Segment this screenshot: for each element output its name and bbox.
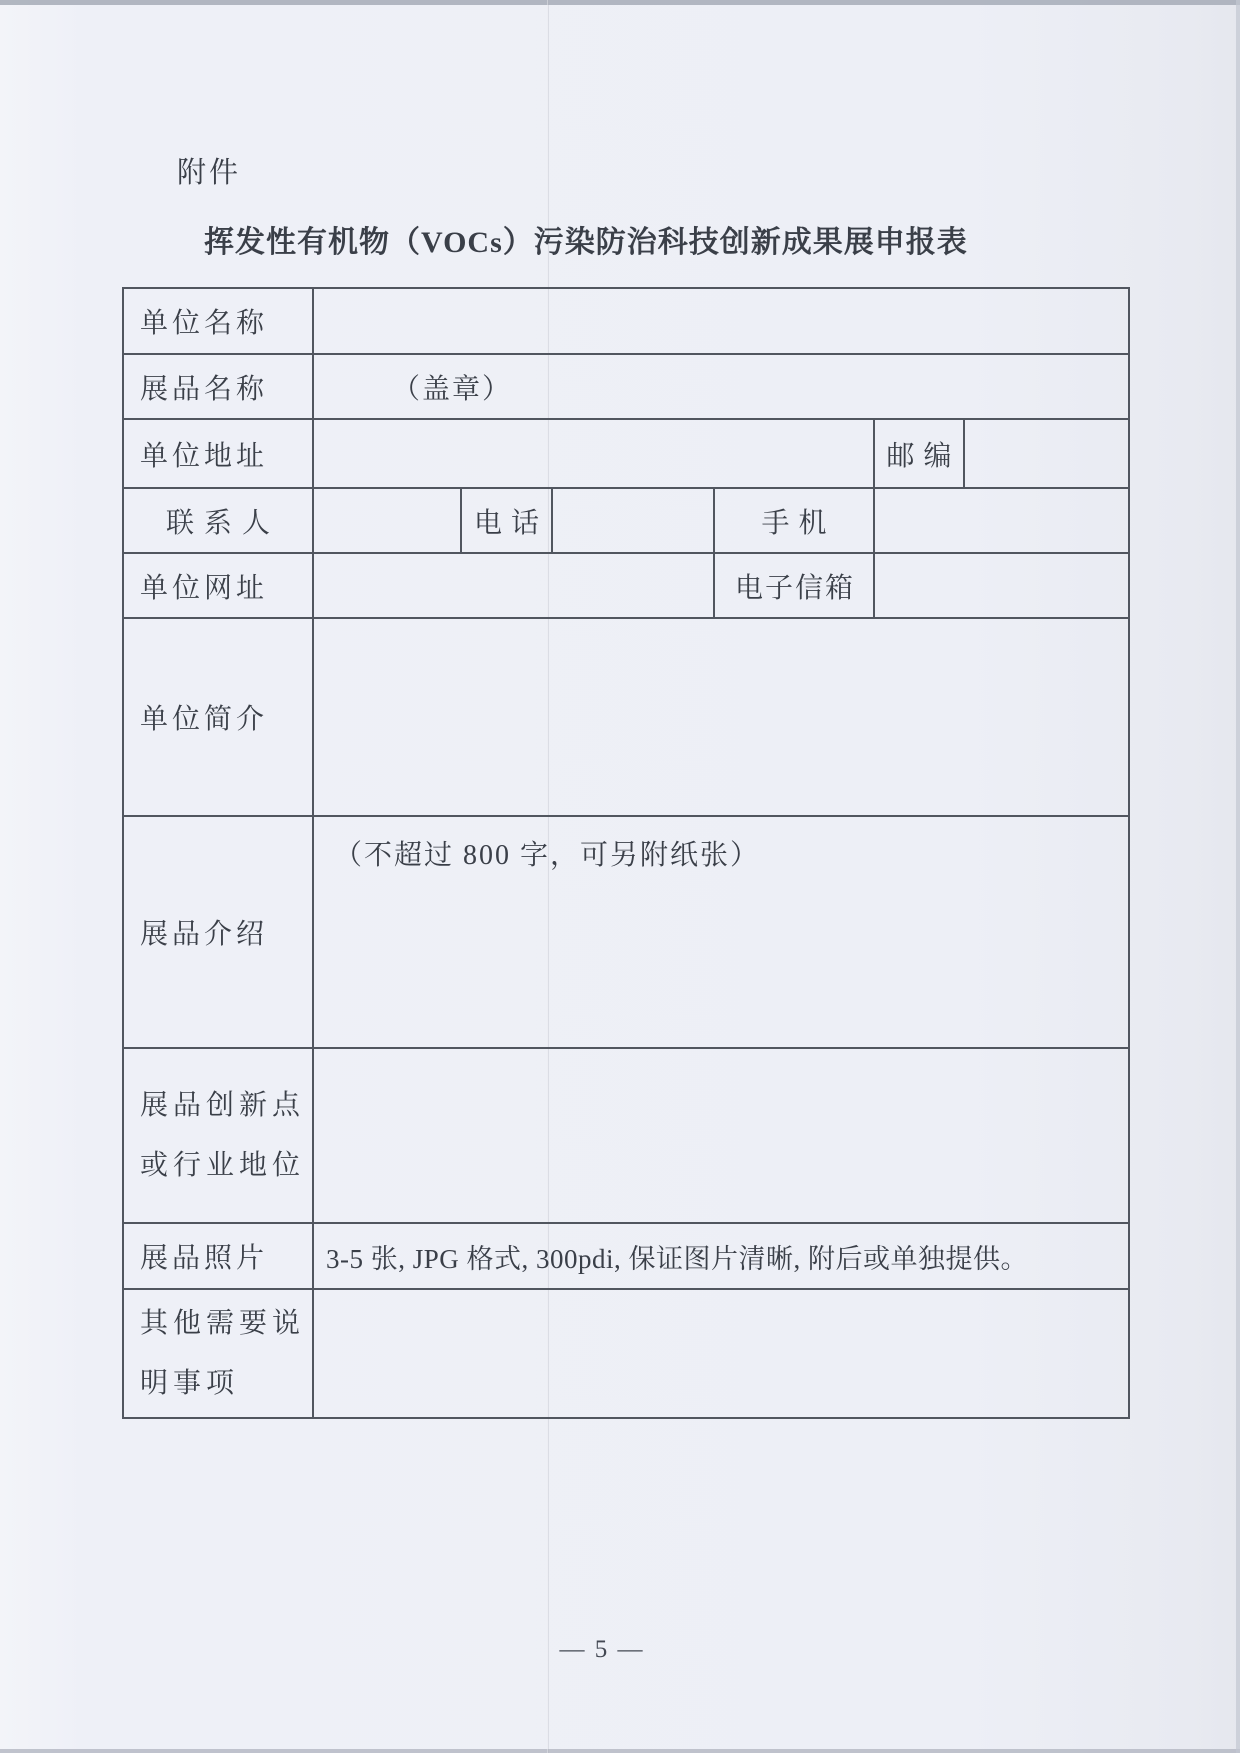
unit-profile-label: 单位简介 (123, 618, 313, 816)
phone-value-cell (552, 488, 714, 553)
unit-name-label: 单位名称 (123, 288, 313, 354)
contact-label: 联系人 (123, 488, 313, 553)
scan-edge-top (0, 0, 1240, 5)
row-website: 单位网址 电子信箱 (123, 553, 1129, 618)
document-title: 挥发性有机物（VOCs）污染防治科技创新成果展申报表 (204, 217, 968, 261)
row-unit-name: 单位名称 (123, 288, 1129, 354)
other-notes-label: 其他需要说 明事项 (123, 1289, 313, 1418)
exhibit-intro-value-cell: （不超过 800 字，可另附纸张） (313, 816, 1129, 1048)
scanned-document-page: 附件 挥发性有机物（VOCs）污染防治科技创新成果展申报表 单位名称 展品名称 … (0, 0, 1240, 1753)
contact-value-cell (313, 488, 461, 553)
exhibit-intro-label: 展品介绍 (123, 816, 313, 1048)
unit-address-label: 单位地址 (123, 419, 313, 488)
innovation-label-line2: 或行业地位 (140, 1136, 312, 1196)
email-label: 电子信箱 (714, 553, 874, 618)
scan-edge-bottom (0, 1749, 1240, 1753)
page-number: — 5 — (0, 1636, 1222, 1664)
row-contact: 联系人 电话 手机 (123, 488, 1129, 553)
exhibit-intro-hint: （不超过 800 字，可另附纸张） (314, 817, 1128, 873)
exhibit-name-value-cell: （盖章） (313, 354, 1129, 419)
other-notes-label-line2: 明事项 (140, 1354, 312, 1414)
postal-code-value-cell (964, 419, 1129, 488)
photos-requirement: 3-5 张, JPG 格式, 300pdi, 保证图片清晰, 附后或单独提供。 (313, 1223, 1129, 1289)
row-exhibit-name: 展品名称 （盖章） (123, 354, 1129, 419)
row-unit-address: 单位地址 邮编 (123, 419, 1129, 488)
row-photos: 展品照片 3-5 张, JPG 格式, 300pdi, 保证图片清晰, 附后或单… (123, 1223, 1129, 1289)
unit-name-value-cell (313, 288, 1129, 354)
website-value-cell (313, 553, 714, 618)
unit-address-value-cell (313, 419, 874, 488)
attachment-label: 附件 (177, 150, 241, 191)
phone-label: 电话 (461, 488, 552, 553)
mobile-label: 手机 (714, 488, 874, 553)
photos-label: 展品照片 (123, 1223, 313, 1289)
scan-edge-right (1236, 0, 1240, 1753)
row-innovation: 展品创新点 或行业地位 (123, 1048, 1129, 1223)
innovation-label: 展品创新点 或行业地位 (123, 1048, 313, 1223)
row-other-notes: 其他需要说 明事项 (123, 1289, 1129, 1418)
mobile-value-cell (874, 488, 1129, 553)
innovation-label-line1: 展品创新点 (140, 1076, 312, 1136)
email-value-cell (874, 553, 1129, 618)
unit-profile-value-cell (313, 618, 1129, 816)
exhibit-name-label: 展品名称 (123, 354, 313, 419)
postal-code-label: 邮编 (874, 419, 964, 488)
innovation-value-cell (313, 1048, 1129, 1223)
other-notes-label-line1: 其他需要说 (140, 1294, 312, 1354)
website-label: 单位网址 (123, 553, 313, 618)
row-unit-profile: 单位简介 (123, 618, 1129, 816)
application-form-table: 单位名称 展品名称 （盖章） 单位地址 邮编 联系人 电话 手机 单位网址 (122, 287, 1130, 1419)
row-exhibit-intro: 展品介绍 （不超过 800 字，可另附纸张） (123, 816, 1129, 1048)
other-notes-value-cell (313, 1289, 1129, 1418)
